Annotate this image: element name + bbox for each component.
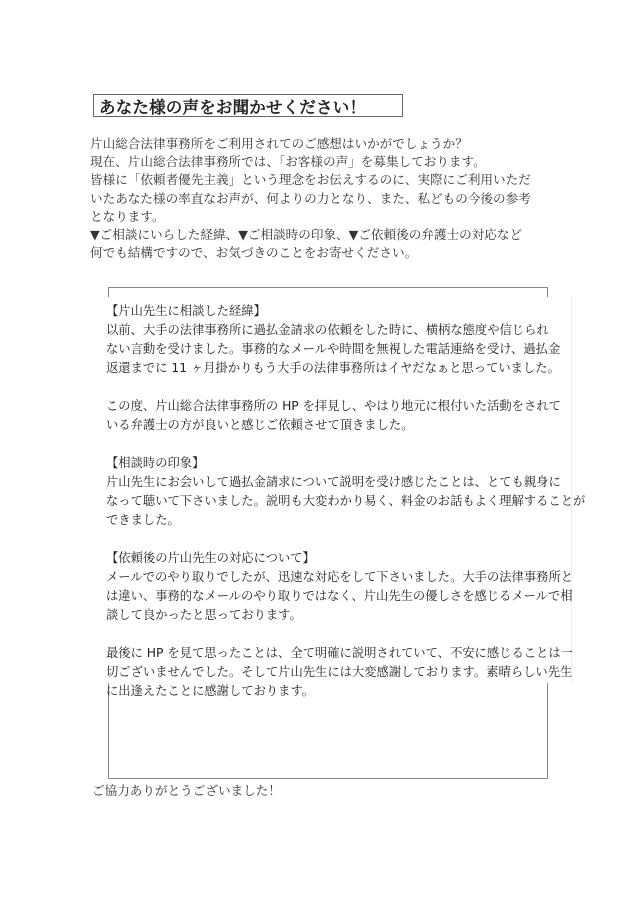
intro-line: となります。 <box>90 208 560 226</box>
intro-line: ▼ご相談にいらした経緯、▼ご相談時の印象、▼ご依頼後の弁護士の対応など <box>90 226 560 244</box>
comment-line: 談して良かったと思っております。 <box>106 606 566 625</box>
comment-line: メールでのやり取りでしたが、迅速な対応をして下さいました。大手の法律事務所と <box>106 568 566 587</box>
comment-line: この度、片山総合法律事務所の HP を拝見し、やはり地元に根付いた活動をされて <box>106 397 566 416</box>
comment-line: 以前、大手の法律事務所に過払金請求の依頼をした時に、横柄な態度や信じられ <box>106 321 566 340</box>
thanks-message: ご協力ありがとうございました！ <box>92 780 281 799</box>
page-title: あなた様の声をお聞かせください！ <box>99 94 366 118</box>
comment-line: 最後に HP を見て思ったことは、全て明確に説明されていて、不安に感じることは一 <box>106 644 566 663</box>
comment-line: に出逢えたことに感謝しております。 <box>106 682 566 701</box>
intro-text: 片山総合法律事務所をご利用されてのご感想はいかがでしょうか？ 現在、片山総合法律… <box>90 135 560 262</box>
intro-line: 何でも結構ですので、お気づきのことをお寄せください。 <box>90 244 560 262</box>
section-post-request-response: 【依頼後の片山先生の対応について】 メールでのやり取りでしたが、迅速な対応をして… <box>106 549 566 625</box>
comment-line: ない言動を受けました。事務的なメールや時間を無視した電話連絡を受け、過払金 <box>106 340 566 359</box>
comment-line: 片山先生にお会いして過払金請求について説明を受け感じたことは、とても親身に <box>106 473 566 492</box>
customer-comment: 【片山先生に相談した経緯】 以前、大手の法律事務所に過払金請求の依頼をした時に、… <box>106 302 566 720</box>
comment-line: いる弁護士の方が良いと感じご依頼させて頂きました。 <box>106 416 566 435</box>
section-closing: 最後に HP を見て思ったことは、全て明確に説明されていて、不安に感じることは一… <box>106 644 566 701</box>
section-heading: 【片山先生に相談した経緯】 <box>106 302 566 321</box>
comment-line: は違い、事務的なメールのやり取りではなく、片山先生の優しさを感じるメールで相 <box>106 587 566 606</box>
page-title-box: あなた様の声をお聞かせください！ <box>93 94 403 117</box>
intro-line: いたあなた様の率直なお声が、何よりの力となり、また、私どもの今後の参考 <box>90 190 560 208</box>
section-background: 【片山先生に相談した経緯】 以前、大手の法律事務所に過払金請求の依頼をした時に、… <box>106 302 566 378</box>
intro-line: 皆様に「依頼者優先主義」という理念をお伝えするのに、実際にご利用いただ <box>90 171 560 189</box>
section-consultation-impression: 【相談時の印象】 片山先生にお会いして過払金請求について説明を受け感じたことは、… <box>106 454 566 530</box>
comment-line: できました。 <box>106 511 566 530</box>
comment-line: なって聴いて下さいました。説明も大変わかり易く、料金のお話もよく理解することが <box>106 492 566 511</box>
section-heading: 【依頼後の片山先生の対応について】 <box>106 549 566 568</box>
comment-line: 返還までに 11 ヶ月掛かりもう大手の法律事務所はイヤだなぁと思っていました。 <box>106 359 566 378</box>
comment-line: 切ございませんでした。そして片山先生には大変感謝しております。素晴らしい先生 <box>106 663 566 682</box>
intro-line: 片山総合法律事務所をご利用されてのご感想はいかがでしょうか？ <box>90 135 560 153</box>
intro-line: 現在、片山総合法律事務所では、「お客様の声」を募集しております。 <box>90 153 560 171</box>
section-heading: 【相談時の印象】 <box>106 454 566 473</box>
section-background-cont: この度、片山総合法律事務所の HP を拝見し、やはり地元に根付いた活動をされて … <box>106 397 566 435</box>
